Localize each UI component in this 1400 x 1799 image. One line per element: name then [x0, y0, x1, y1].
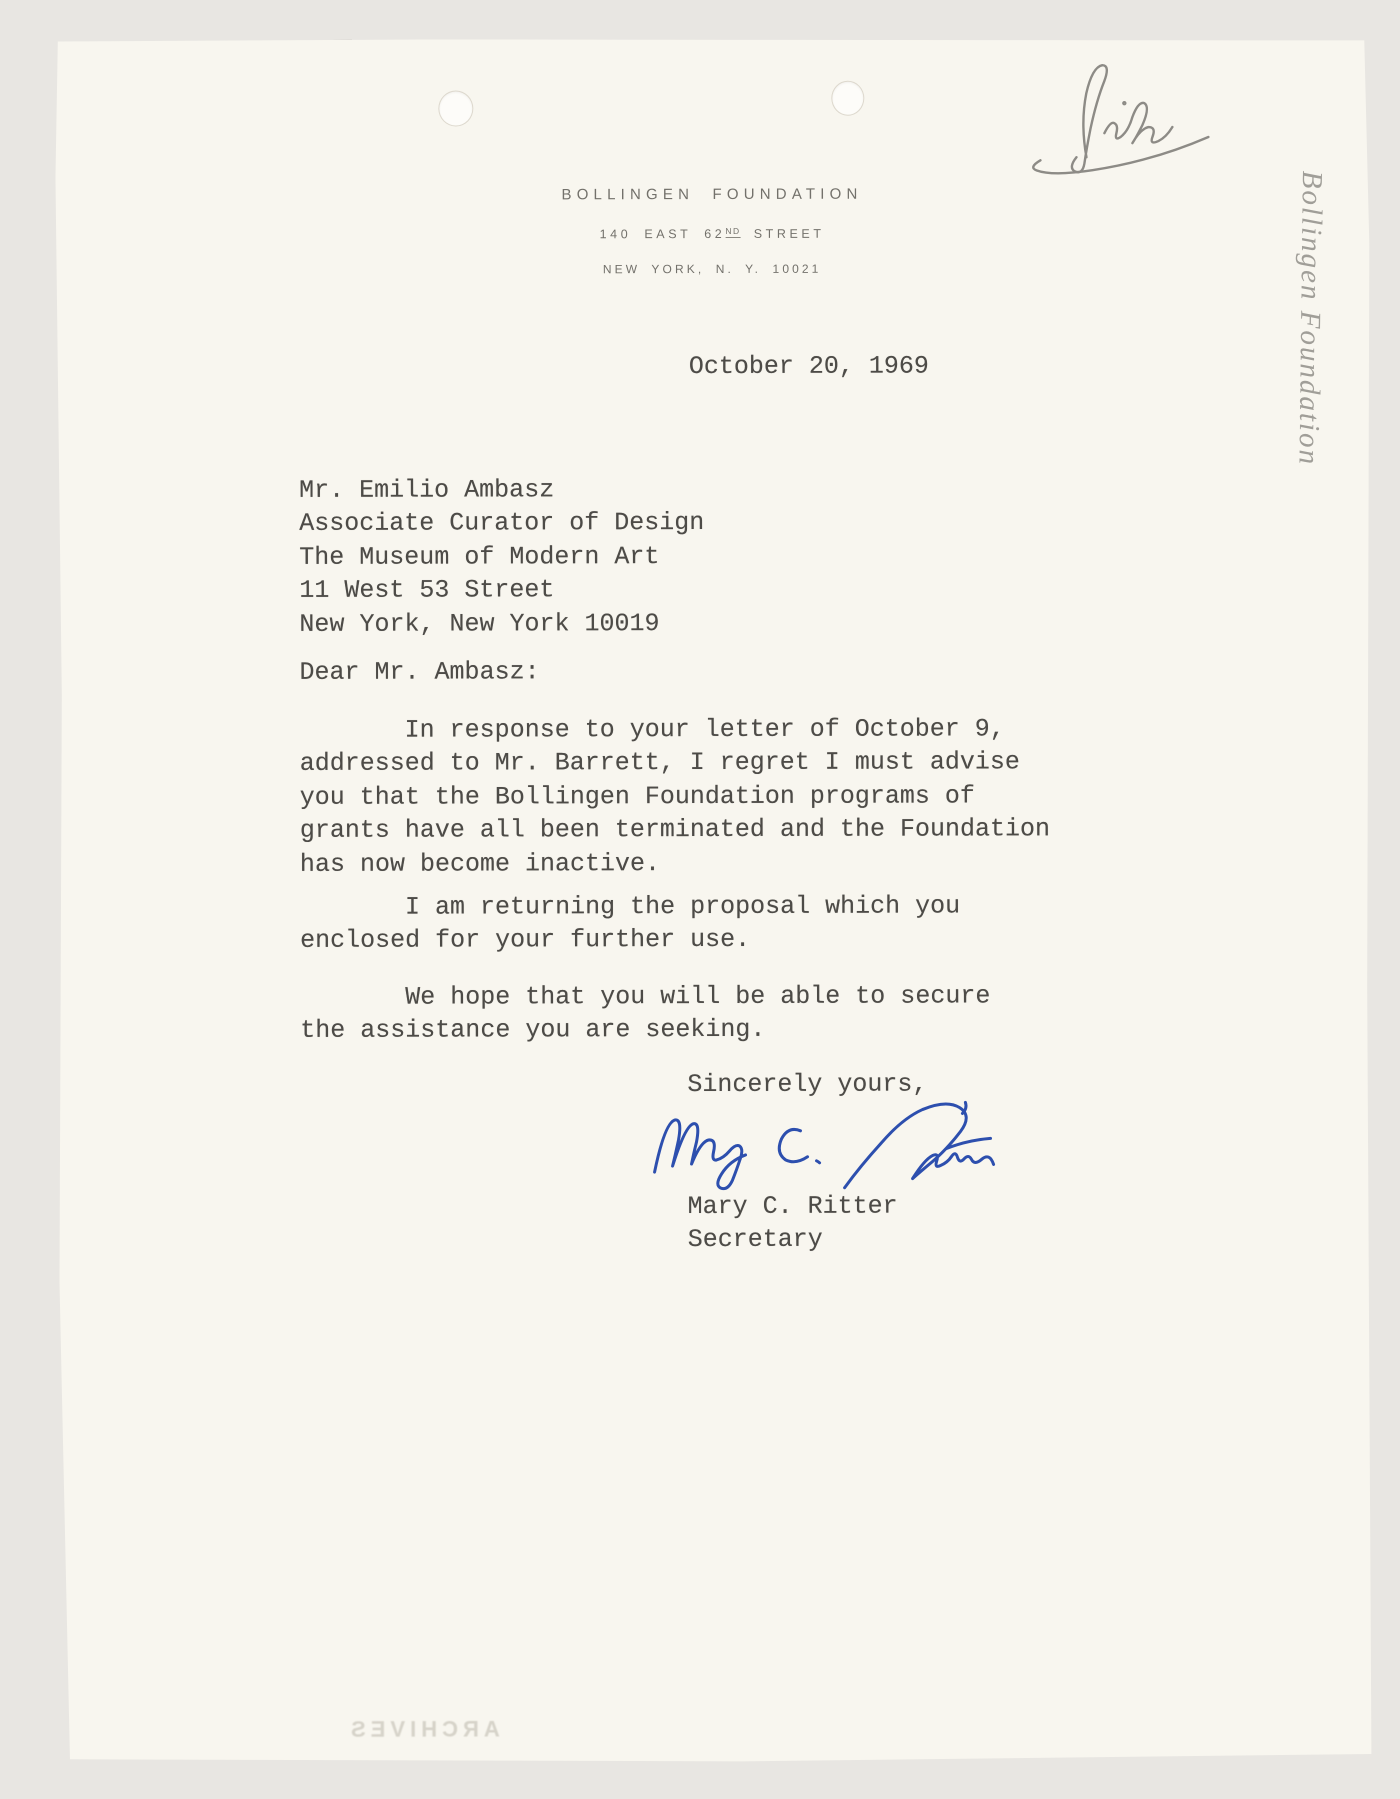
body-paragraph-2: I am returning the proposal which you en… — [300, 889, 960, 957]
scanned-letter-page: { "page": { "background_color": "#e8e6e2… — [0, 0, 1400, 1799]
signature-ritter-stroke — [844, 1104, 993, 1188]
signature-c-stroke — [779, 1129, 807, 1161]
closing-line: Sincerely yours, — [687, 1068, 927, 1102]
body-paragraph-3: We hope that you will be able to secure … — [300, 979, 990, 1047]
typed-title: Secretary — [688, 1225, 823, 1254]
punch-hole-left — [439, 92, 472, 126]
file-note-handwriting — [1020, 57, 1220, 175]
typed-signature-block: Mary C. RitterSecretary — [688, 1190, 898, 1257]
letterhead-org-name: BOLLINGEN FOUNDATION — [54, 185, 1371, 205]
file-note-i-dot — [1123, 102, 1125, 104]
date-line: October 20, 1969 — [689, 350, 929, 384]
signature-ink — [648, 1097, 1008, 1198]
signature-apostrophe-tick — [962, 1102, 966, 1113]
body-paragraph-1: In response to your letter of October 9,… — [300, 712, 1050, 881]
letter-paper: Bollingen Foundation BOLLINGEN FOUNDATIO… — [53, 37, 1374, 1766]
signature-c-period — [817, 1161, 820, 1163]
bleedthrough-archives-stamp: ARCHIVES — [300, 1716, 500, 1742]
salutation: Dear Mr. Ambasz: — [299, 655, 539, 689]
margin-note-vertical: Bollingen Foundation — [1289, 171, 1328, 671]
file-note-underline — [1033, 137, 1208, 173]
file-note-ile-stroke — [1104, 103, 1172, 143]
punch-hole-right — [832, 82, 863, 115]
recipient-address-block: Mr. Emilio Ambasz Associate Curator of D… — [299, 473, 704, 641]
letterhead-street-ordinal: ND — [725, 226, 740, 238]
letterhead-street-line: 140 EAST 62ND STREET — [54, 225, 1371, 243]
letterhead-street-prefix: 140 EAST 62 — [600, 227, 726, 241]
file-note-f-stroke — [1072, 65, 1107, 172]
letterhead-street-suffix: STREET — [741, 227, 825, 241]
letterhead-city-line: NEW YORK, N. Y. 10021 — [54, 261, 1371, 278]
signature-mary-stroke — [654, 1120, 745, 1189]
typed-name: Mary C. Ritter — [688, 1192, 898, 1221]
